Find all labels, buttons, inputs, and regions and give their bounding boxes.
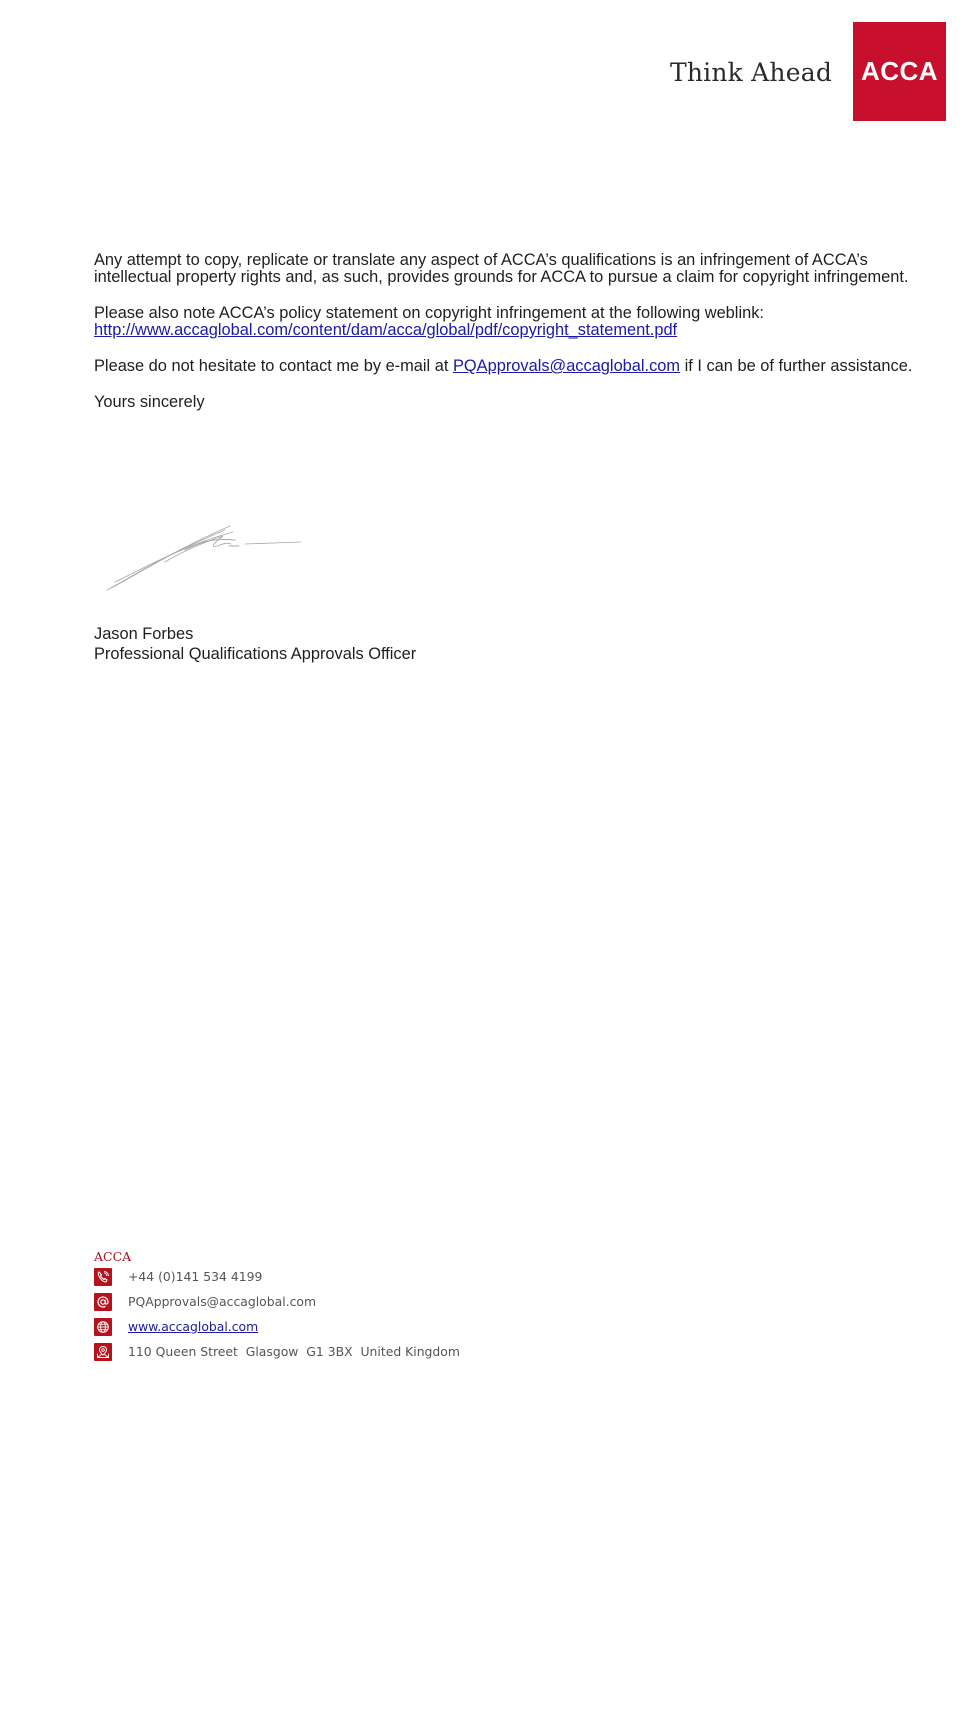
footer-phone: +44 (0)141 534 4199	[128, 1269, 262, 1284]
paragraph-contact: Please do not hesitate to contact me by …	[94, 358, 914, 375]
contact-text-before: Please do not hesitate to contact me by …	[94, 357, 453, 375]
letter-body: Any attempt to copy, replicate or transl…	[94, 252, 914, 430]
header-logo: Think Ahead ACCA	[660, 22, 946, 122]
footer-website-row: www.accaglobal.com	[94, 1314, 460, 1339]
at-sign-icon	[94, 1293, 112, 1311]
acca-logo: ACCA	[853, 22, 946, 121]
paragraph-copyright-notice: Any attempt to copy, replicate or transl…	[94, 252, 914, 286]
signatory: Jason Forbes Professional Qualifications…	[94, 624, 416, 664]
contact-text-after: if I can be of further assistance.	[680, 357, 912, 375]
signature-image	[105, 520, 315, 600]
globe-icon	[94, 1318, 112, 1336]
email-link[interactable]: PQApprovals@accaglobal.com	[453, 357, 680, 375]
website-link[interactable]: www.accaglobal.com	[128, 1319, 258, 1334]
paragraph-policy-statement: Please also note ACCA’s policy statement…	[94, 305, 914, 339]
footer-address: 110 Queen Street Glasgow G1 3BX United K…	[128, 1344, 460, 1359]
closing: Yours sincerely	[94, 394, 914, 411]
location-icon	[94, 1343, 112, 1361]
footer-phone-row: +44 (0)141 534 4199	[94, 1264, 460, 1289]
tagline: Think Ahead	[670, 58, 832, 87]
signatory-title: Professional Qualifications Approvals Of…	[94, 644, 416, 664]
footer-email-row: PQApprovals@accaglobal.com	[94, 1289, 460, 1314]
policy-statement-text: Please also note ACCA’s policy statement…	[94, 304, 764, 322]
signatory-name: Jason Forbes	[94, 624, 416, 644]
footer-brand: ACCA	[94, 1250, 460, 1264]
copyright-statement-link[interactable]: http://www.accaglobal.com/content/dam/ac…	[94, 321, 677, 339]
acca-logo-text: ACCA	[861, 56, 938, 87]
contact-footer: ACCA +44 (0)141 534 4199 PQApprovals@acc…	[94, 1250, 460, 1364]
phone-icon	[94, 1268, 112, 1286]
footer-email: PQApprovals@accaglobal.com	[128, 1294, 316, 1309]
footer-address-row: 110 Queen Street Glasgow G1 3BX United K…	[94, 1339, 460, 1364]
footer-website: www.accaglobal.com	[128, 1319, 258, 1334]
